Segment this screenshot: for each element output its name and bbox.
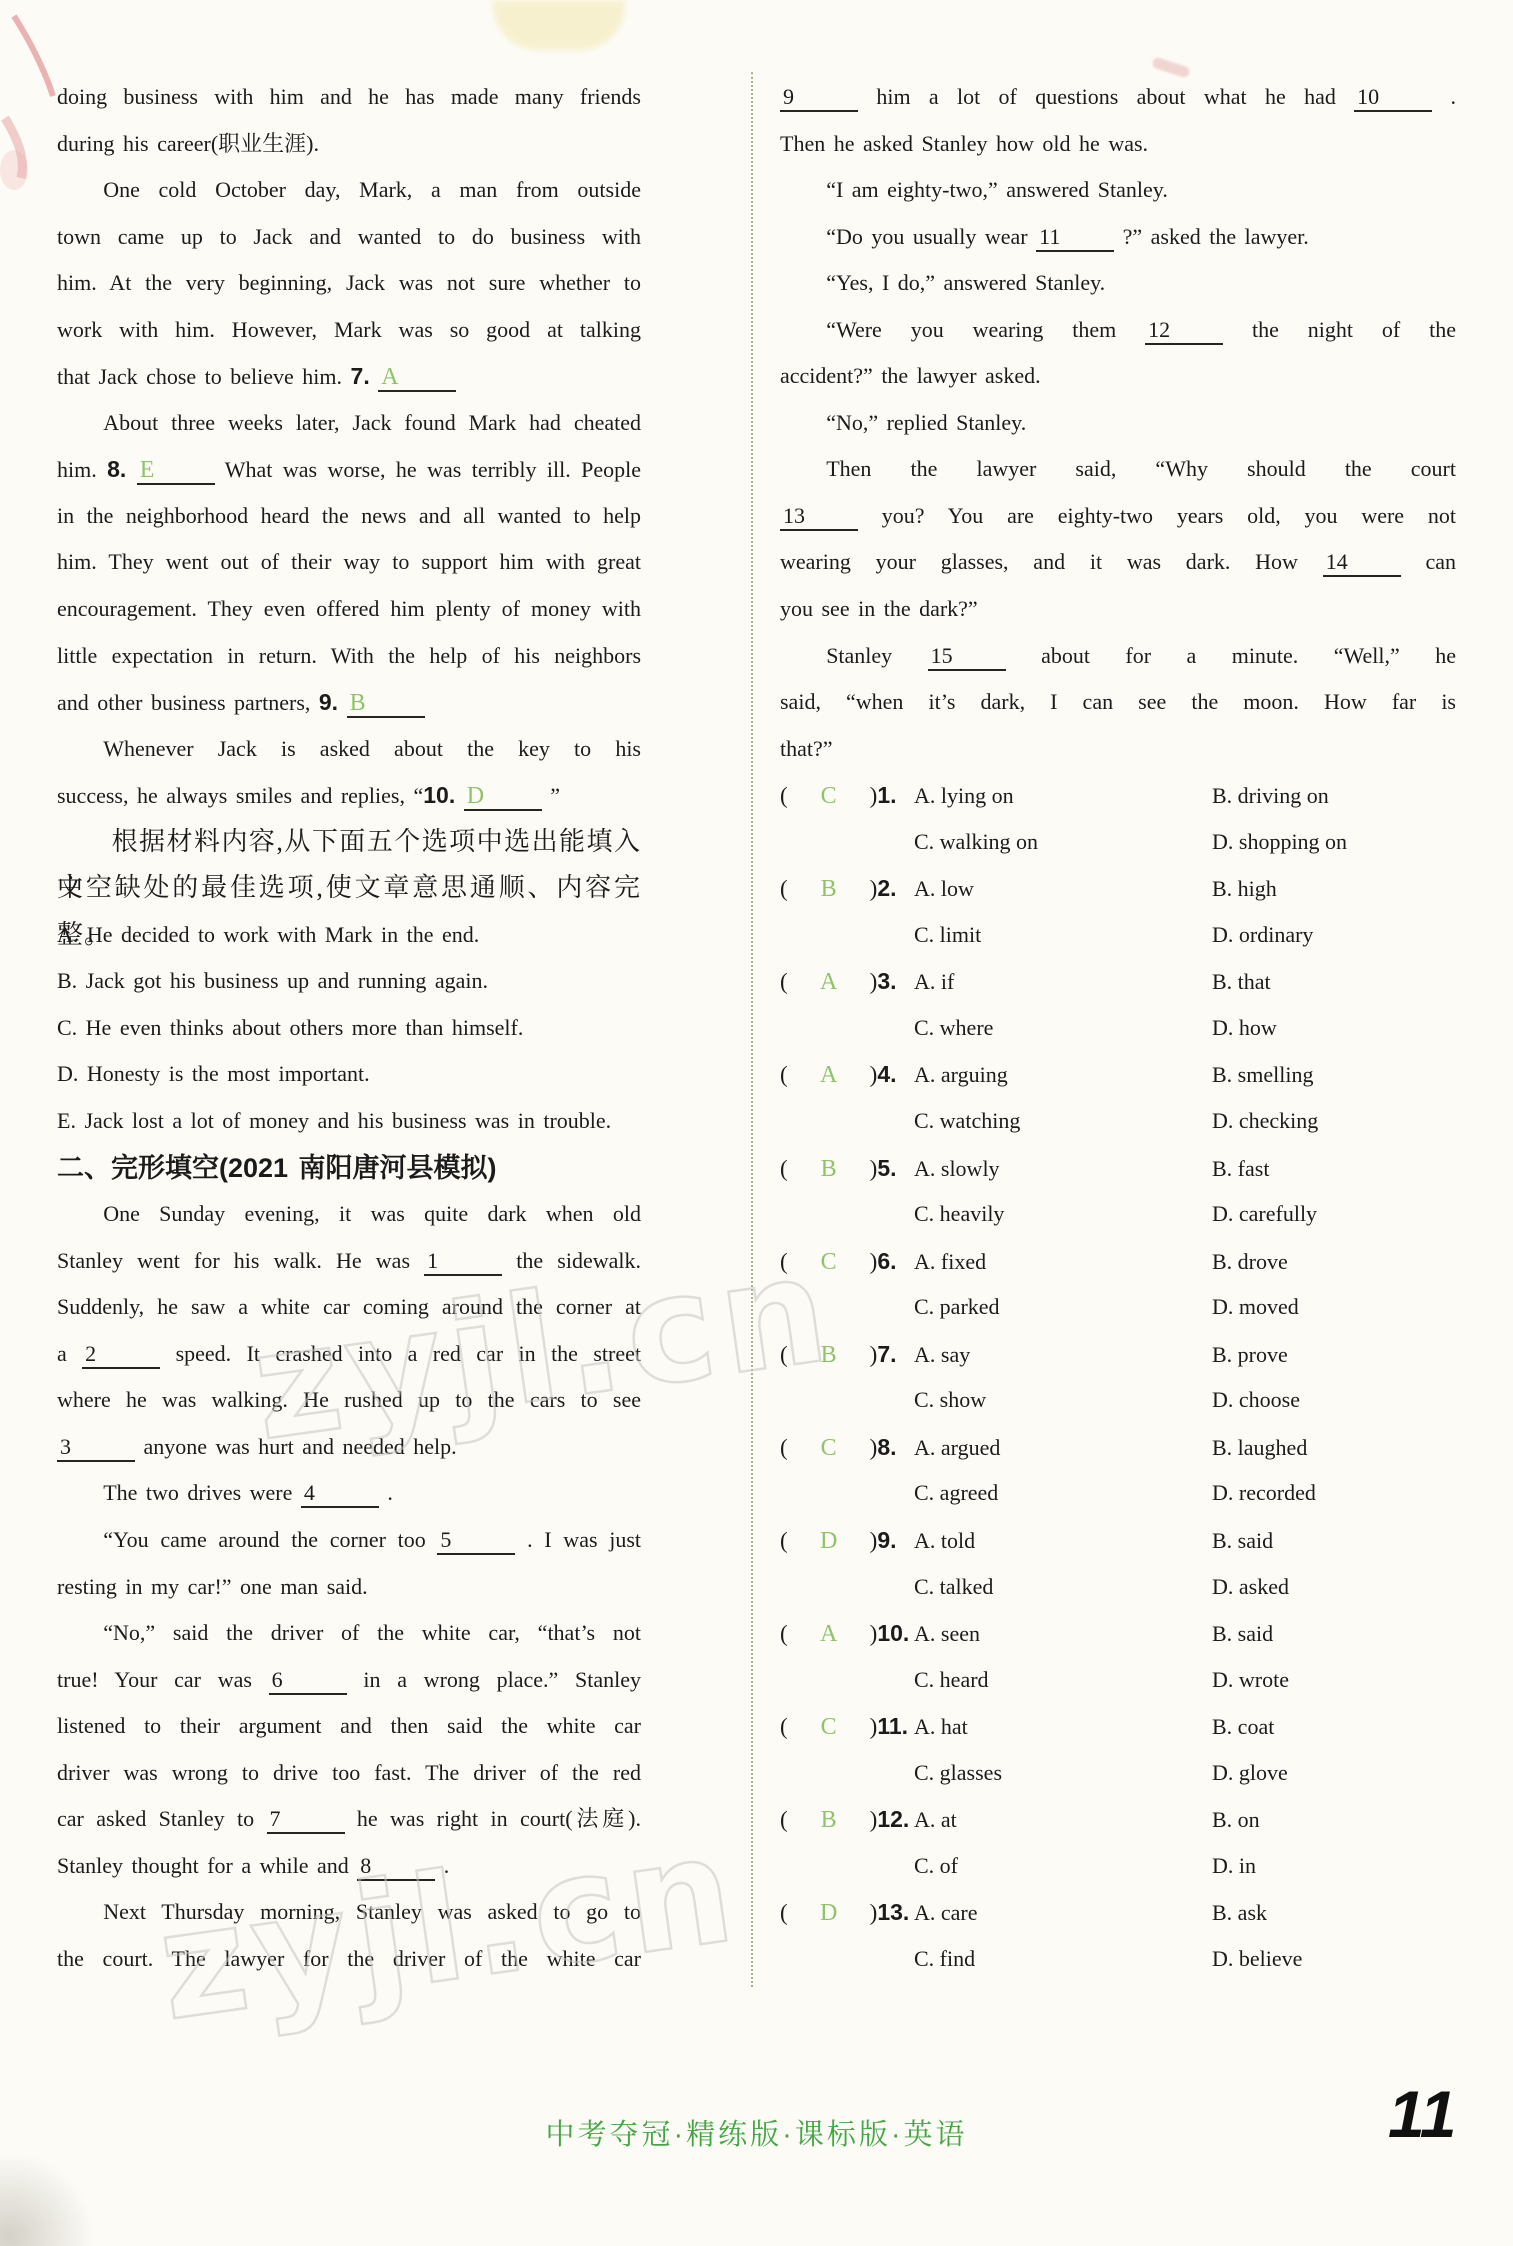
answer-letter: C xyxy=(821,1435,837,1461)
option-d: D. shopping on xyxy=(1212,819,1347,866)
option-d: D. in xyxy=(1212,1843,1256,1890)
text-line: success, he always smiles and replies, “… xyxy=(57,772,641,819)
right-column: 9 him a lot of questions about what he h… xyxy=(780,74,1456,1982)
option-d: D. moved xyxy=(1212,1284,1299,1331)
footer-edition-label: 中考夺冠·精练版·课标版·英语 xyxy=(0,2112,1513,2153)
blank-number: 10 xyxy=(1357,84,1379,109)
cloze-number: 9. xyxy=(319,689,338,715)
text-line: 13 you? You are eighty-two years old, yo… xyxy=(780,493,1456,540)
option-b: B. high xyxy=(1212,866,1277,913)
blank-number: 9 xyxy=(783,84,794,109)
answer-area: (B)12. xyxy=(780,1796,914,1844)
column-divider xyxy=(751,72,753,1987)
answer-letter: B xyxy=(821,1807,837,1833)
paren-open: ( xyxy=(780,1342,788,1367)
answer-letter: B xyxy=(821,1342,837,1368)
text-line: you see in the dark?” xyxy=(780,586,1456,633)
question-number: 10. xyxy=(877,1620,909,1646)
blank-number: 12 xyxy=(1148,317,1170,342)
text-line: 中空缺处的最佳选项,使文章意思通顺、内容完整。 xyxy=(57,865,641,912)
text-line: said, “when it’s dark, I can see the moo… xyxy=(780,679,1456,726)
option-a: A. hat xyxy=(914,1704,1212,1751)
option-b: B. that xyxy=(1212,959,1271,1006)
option-d: D. wrote xyxy=(1212,1657,1289,1704)
blank-number: 1 xyxy=(427,1248,438,1273)
option-d: D. asked xyxy=(1212,1564,1289,1611)
answer-box: B xyxy=(788,866,870,913)
text-line: driver was wrong to drive too fast. The … xyxy=(57,1750,641,1797)
question-row: (B)7.A. sayB. prove xyxy=(780,1331,1456,1378)
text-line: About three weeks later, Jack found Mark… xyxy=(57,400,641,447)
cloze-blank: 8 xyxy=(357,1853,435,1881)
text-line: during his career(职业生涯). xyxy=(57,121,641,168)
option-c: C. talked xyxy=(914,1564,1212,1611)
text-line: Next Thursday morning, Stanley was asked… xyxy=(57,1889,641,1936)
text-line: accident?” the lawyer asked. xyxy=(780,353,1456,400)
answer-box: A xyxy=(788,959,870,1006)
question-row: (D)13.A. careB. ask xyxy=(780,1889,1456,1936)
question-row-options: C. agreedD. recorded xyxy=(780,1470,1456,1517)
text-line: town came up to Jack and wanted to do bu… xyxy=(57,214,641,261)
text-line: listened to their argument and then said… xyxy=(57,1703,641,1750)
text-line: Stanley 15 about for a minute. “Well,” h… xyxy=(780,633,1456,680)
option-b: B. ask xyxy=(1212,1890,1267,1937)
answer-letter: C xyxy=(821,783,837,809)
option-c: C. of xyxy=(914,1843,1212,1890)
text-line: him. 8. E What was worse, he was terribl… xyxy=(57,446,641,493)
cloze-blank: 1 xyxy=(424,1248,502,1276)
option-b: B. said xyxy=(1212,1611,1273,1658)
text-line: “You came around the corner too 5 . I wa… xyxy=(57,1517,641,1564)
blank-number: 2 xyxy=(85,1341,96,1366)
paren-open: ( xyxy=(780,876,788,901)
option-b: B. laughed xyxy=(1212,1425,1307,1472)
blank-number: 5 xyxy=(440,1527,451,1552)
text-line: little expectation in return. With the h… xyxy=(57,633,641,680)
paren-open: ( xyxy=(780,1435,788,1460)
cloze-number: 10. xyxy=(423,782,455,808)
answer-area: (D)9. xyxy=(780,1517,914,1565)
question-number: 5. xyxy=(877,1155,896,1181)
answer-letter: D xyxy=(467,783,484,809)
blank-number: 4 xyxy=(304,1480,315,1505)
cloze-blank: 7 xyxy=(267,1806,345,1834)
answer-box: C xyxy=(788,1704,870,1751)
option-d: D. checking xyxy=(1212,1098,1318,1145)
cloze-passage: 9 him a lot of questions about what he h… xyxy=(780,74,1456,772)
answer-box: C xyxy=(788,1425,870,1472)
text-line: “I am eighty-two,” answered Stanley. xyxy=(780,167,1456,214)
answer-area: (B)5. xyxy=(780,1145,914,1193)
text-line: “Were you wearing them 12 the night of t… xyxy=(780,307,1456,354)
text-line: work with him. However, Mark was so good… xyxy=(57,307,641,354)
text-line: a 2 speed. It crashed into a red car in … xyxy=(57,1331,641,1378)
question-number: 7. xyxy=(877,1341,896,1367)
answer-letter: A xyxy=(381,364,398,390)
answer-letter: E xyxy=(140,457,155,483)
option-b: B. smelling xyxy=(1212,1052,1313,1099)
cloze-blank: 10 xyxy=(1354,84,1432,112)
answer-area: (C)8. xyxy=(780,1424,914,1472)
left-column: doing business with him and he has made … xyxy=(57,74,641,1982)
section-heading: 二、完形填空(2021 南阳唐河县模拟) xyxy=(57,1145,641,1192)
question-row: (D)9.A. toldB. said xyxy=(780,1517,1456,1564)
text-line: resting in my car!” one man said. xyxy=(57,1564,641,1611)
option-a: A. argued xyxy=(914,1425,1212,1472)
text-line: Then the lawyer said, “Why should the co… xyxy=(780,446,1456,493)
answer-box: C xyxy=(788,1239,870,1286)
cloze-blank: 13 xyxy=(780,503,858,531)
question-number: 4. xyxy=(877,1061,896,1087)
option-a: A. if xyxy=(914,959,1212,1006)
question-row-options: C. ofD. in xyxy=(780,1843,1456,1890)
cloze-blank: 11 xyxy=(1036,224,1114,252)
paren-open: ( xyxy=(780,969,788,994)
option-a: A. slowly xyxy=(914,1146,1212,1193)
text-line: the court. The lawyer for the driver of … xyxy=(57,1936,641,1983)
cloze-blank: 6 xyxy=(269,1667,347,1695)
answer-letter: B xyxy=(821,1156,837,1182)
option-d: D. carefully xyxy=(1212,1191,1317,1238)
option-b: B. drove xyxy=(1212,1239,1288,1286)
option-d: D. how xyxy=(1212,1005,1277,1052)
text-line: and other business partners, 9. B xyxy=(57,679,641,726)
answer-box: D xyxy=(788,1890,870,1937)
text-line: 3 anyone was hurt and needed help. xyxy=(57,1424,641,1471)
option-b: B. coat xyxy=(1212,1704,1274,1751)
text-line: Then he asked Stanley how old he was. xyxy=(780,121,1456,168)
cloze-blank: 3 xyxy=(57,1434,135,1462)
question-row: (A)3.A. ifB. that xyxy=(780,958,1456,1005)
stain-mark xyxy=(493,0,625,50)
question-number: 6. xyxy=(877,1248,896,1274)
text-line: in the neighborhood heard the news and a… xyxy=(57,493,641,540)
question-row-options: C. parkedD. moved xyxy=(780,1284,1456,1331)
option-a: A. at xyxy=(914,1797,1212,1844)
option-d: D. ordinary xyxy=(1212,912,1313,959)
answer-box: D xyxy=(788,1518,870,1565)
answer-letter: B xyxy=(350,690,366,716)
question-row: (A)10.A. seenB. said xyxy=(780,1610,1456,1657)
paren-open: ( xyxy=(780,1249,788,1274)
question-row: (C)6.A. fixedB. drove xyxy=(780,1238,1456,1285)
option-a: A. told xyxy=(914,1518,1212,1565)
blank-number: 11 xyxy=(1039,224,1060,249)
answer-area: (A)4. xyxy=(780,1051,914,1099)
option-d: D. recorded xyxy=(1212,1470,1316,1517)
answer-area: (D)13. xyxy=(780,1889,914,1937)
text-line: A. He decided to work with Mark in the e… xyxy=(57,912,641,959)
blank-number: 13 xyxy=(783,503,805,528)
option-c: C. limit xyxy=(914,912,1212,959)
question-row: (C)11.A. hatB. coat xyxy=(780,1703,1456,1750)
question-number: 9. xyxy=(877,1527,896,1553)
blank-number: 3 xyxy=(60,1434,71,1459)
paren-open: ( xyxy=(780,1900,788,1925)
question-number: 2. xyxy=(877,875,896,901)
text-line: “No,” said the driver of the white car, … xyxy=(57,1610,641,1657)
blank-number: 6 xyxy=(272,1667,283,1692)
text-line: car asked Stanley to 7 he was right in c… xyxy=(57,1796,641,1843)
option-c: C. watching xyxy=(914,1098,1212,1145)
question-number: 8. xyxy=(877,1434,896,1460)
question-row-options: C. showD. choose xyxy=(780,1377,1456,1424)
option-c: C. heavily xyxy=(914,1191,1212,1238)
text-line: that?” xyxy=(780,726,1456,773)
option-b: B. fast xyxy=(1212,1146,1269,1193)
text-line: that Jack chose to believe him. 7. A xyxy=(57,353,641,400)
question-row-options: C. limitD. ordinary xyxy=(780,912,1456,959)
answer-box: B xyxy=(788,1797,870,1844)
option-c: C. show xyxy=(914,1377,1212,1424)
question-row: (C)8.A. arguedB. laughed xyxy=(780,1424,1456,1471)
question-row: (A)4.A. arguingB. smelling xyxy=(780,1051,1456,1098)
page-number: 11 xyxy=(1388,2076,1457,2152)
option-a: A. lying on xyxy=(914,773,1212,820)
option-c: C. agreed xyxy=(914,1470,1212,1517)
text-line: Stanley thought for a while and 8 . xyxy=(57,1843,641,1890)
option-c: C. where xyxy=(914,1005,1212,1052)
option-a: A. arguing xyxy=(914,1052,1212,1099)
text-line: C. He even thinks about others more than… xyxy=(57,1005,641,1052)
option-d: D. choose xyxy=(1212,1377,1300,1424)
question-row: (B)2.A. lowB. high xyxy=(780,865,1456,912)
option-b: B. driving on xyxy=(1212,773,1329,820)
option-d: D. believe xyxy=(1212,1936,1302,1983)
cloze-number: 8. xyxy=(107,456,126,482)
text-line: wearing your glasses, and it was dark. H… xyxy=(780,539,1456,586)
option-a: A. care xyxy=(914,1890,1212,1937)
text-line: 9 him a lot of questions about what he h… xyxy=(780,74,1456,121)
option-c: C. heard xyxy=(914,1657,1212,1704)
cloze-blank: 9 xyxy=(780,84,858,112)
text-line: “Do you usually wear 11 ?” asked the law… xyxy=(780,214,1456,261)
text-line: “Yes, I do,” answered Stanley. xyxy=(780,260,1456,307)
answer-box: C xyxy=(788,773,870,820)
answer-letter: D xyxy=(820,1528,837,1554)
option-c: C. find xyxy=(914,1936,1212,1983)
question-row-options: C. talkedD. asked xyxy=(780,1564,1456,1611)
question-number: 3. xyxy=(877,968,896,994)
option-d: D. glove xyxy=(1212,1750,1288,1797)
scan-shadow xyxy=(0,2152,95,2246)
text-line: B. Jack got his business up and running … xyxy=(57,958,641,1005)
blank-number: 7 xyxy=(270,1806,281,1831)
blank-number: 14 xyxy=(1326,549,1348,574)
answer-letter: A xyxy=(820,969,837,995)
option-a: A. low xyxy=(914,866,1212,913)
answer-area: (B)7. xyxy=(780,1331,914,1379)
answer-box: B xyxy=(788,1146,870,1193)
question-number: 11. xyxy=(877,1713,908,1739)
answer-box: B xyxy=(788,1332,870,1379)
answer-box: A xyxy=(788,1611,870,1658)
cloze-blank: 2 xyxy=(82,1341,160,1369)
question-row-options: C. whereD. how xyxy=(780,1005,1456,1052)
cloze-number: 7. xyxy=(351,363,370,389)
answer-letter: A xyxy=(820,1062,837,1088)
text-line: where he was walking. He rushed up to th… xyxy=(57,1377,641,1424)
text-line: D. Honesty is the most important. xyxy=(57,1051,641,1098)
question-list: (C)1.A. lying onB. driving onC. walking … xyxy=(780,772,1456,1982)
text-line: encouragement. They even offered him ple… xyxy=(57,586,641,633)
text-line: E. Jack lost a lot of money and his busi… xyxy=(57,1098,641,1145)
option-a: A. seen xyxy=(914,1611,1212,1658)
question-number: 12. xyxy=(877,1806,909,1832)
text-line: One cold October day, Mark, a man from o… xyxy=(57,167,641,214)
answer-area: (C)6. xyxy=(780,1238,914,1286)
cloze-blank: 15 xyxy=(928,643,1006,671)
paren-open: ( xyxy=(780,1714,788,1739)
answer-letter: B xyxy=(821,876,837,902)
answer-area: (A)3. xyxy=(780,958,914,1006)
text-line: 根据材料内容,从下面五个选项中选出能填入文 xyxy=(57,819,641,866)
answer-blank: D xyxy=(464,783,542,811)
answer-letter: C xyxy=(821,1714,837,1740)
workbook-page: zyjl.cn zyjl.cn doing business with him … xyxy=(0,0,1513,2246)
question-row-options: C. walking onD. shopping on xyxy=(780,819,1456,866)
option-c: C. walking on xyxy=(914,819,1212,866)
text-line: him. They went out of their way to suppo… xyxy=(57,539,641,586)
option-b: B. prove xyxy=(1212,1332,1288,1379)
paren-open: ( xyxy=(780,1621,788,1646)
option-b: B. on xyxy=(1212,1797,1260,1844)
text-line: him. At the very beginning, Jack was not… xyxy=(57,260,641,307)
question-row-options: C. heavilyD. carefully xyxy=(780,1191,1456,1238)
answer-area: (C)11. xyxy=(780,1703,914,1751)
answer-blank: A xyxy=(378,364,456,392)
answer-blank: E xyxy=(137,457,215,485)
question-number: 1. xyxy=(877,782,896,808)
answer-blank: B xyxy=(347,690,425,718)
option-a: A. fixed xyxy=(914,1239,1212,1286)
answer-letter: C xyxy=(821,1249,837,1275)
text-line: Stanley went for his walk. He was 1 the … xyxy=(57,1238,641,1285)
paren-open: ( xyxy=(780,1062,788,1087)
option-c: C. parked xyxy=(914,1284,1212,1331)
answer-area: (B)2. xyxy=(780,865,914,913)
text-line: The two drives were 4 . xyxy=(57,1470,641,1517)
paren-open: ( xyxy=(780,1528,788,1553)
question-row-options: C. findD. believe xyxy=(780,1936,1456,1983)
text-line: true! Your car was 6 in a wrong place.” … xyxy=(57,1657,641,1704)
question-row: (C)1.A. lying onB. driving on xyxy=(780,772,1456,819)
question-row-options: C. watchingD. checking xyxy=(780,1098,1456,1145)
text-line: “No,” replied Stanley. xyxy=(780,400,1456,447)
text-line: One Sunday evening, it was quite dark wh… xyxy=(57,1191,641,1238)
option-a: A. say xyxy=(914,1332,1212,1379)
paren-open: ( xyxy=(780,1156,788,1181)
text-line: doing business with him and he has made … xyxy=(57,74,641,121)
blank-number: 8 xyxy=(360,1853,371,1878)
option-c: C. glasses xyxy=(914,1750,1212,1797)
paren-open: ( xyxy=(780,783,788,808)
question-number: 13. xyxy=(877,1899,909,1925)
paren-open: ( xyxy=(780,1807,788,1832)
cloze-blank: 12 xyxy=(1145,317,1223,345)
answer-area: (A)10. xyxy=(780,1610,914,1658)
cloze-blank: 14 xyxy=(1323,549,1401,577)
answer-area: (C)1. xyxy=(780,772,914,820)
answer-letter: A xyxy=(820,1621,837,1647)
text-line: Suddenly, he saw a white car coming arou… xyxy=(57,1284,641,1331)
answer-box: A xyxy=(788,1052,870,1099)
option-b: B. said xyxy=(1212,1518,1273,1565)
question-row-options: C. glassesD. glove xyxy=(780,1750,1456,1797)
cloze-blank: 4 xyxy=(301,1480,379,1508)
cloze-blank: 5 xyxy=(437,1527,515,1555)
blank-number: 15 xyxy=(931,643,953,668)
question-row: (B)5.A. slowlyB. fast xyxy=(780,1145,1456,1192)
question-row: (B)12.A. atB. on xyxy=(780,1796,1456,1843)
question-row-options: C. heardD. wrote xyxy=(780,1657,1456,1704)
pen-mark xyxy=(0,0,120,200)
answer-letter: D xyxy=(820,1900,837,1926)
text-line: Whenever Jack is asked about the key to … xyxy=(57,726,641,773)
